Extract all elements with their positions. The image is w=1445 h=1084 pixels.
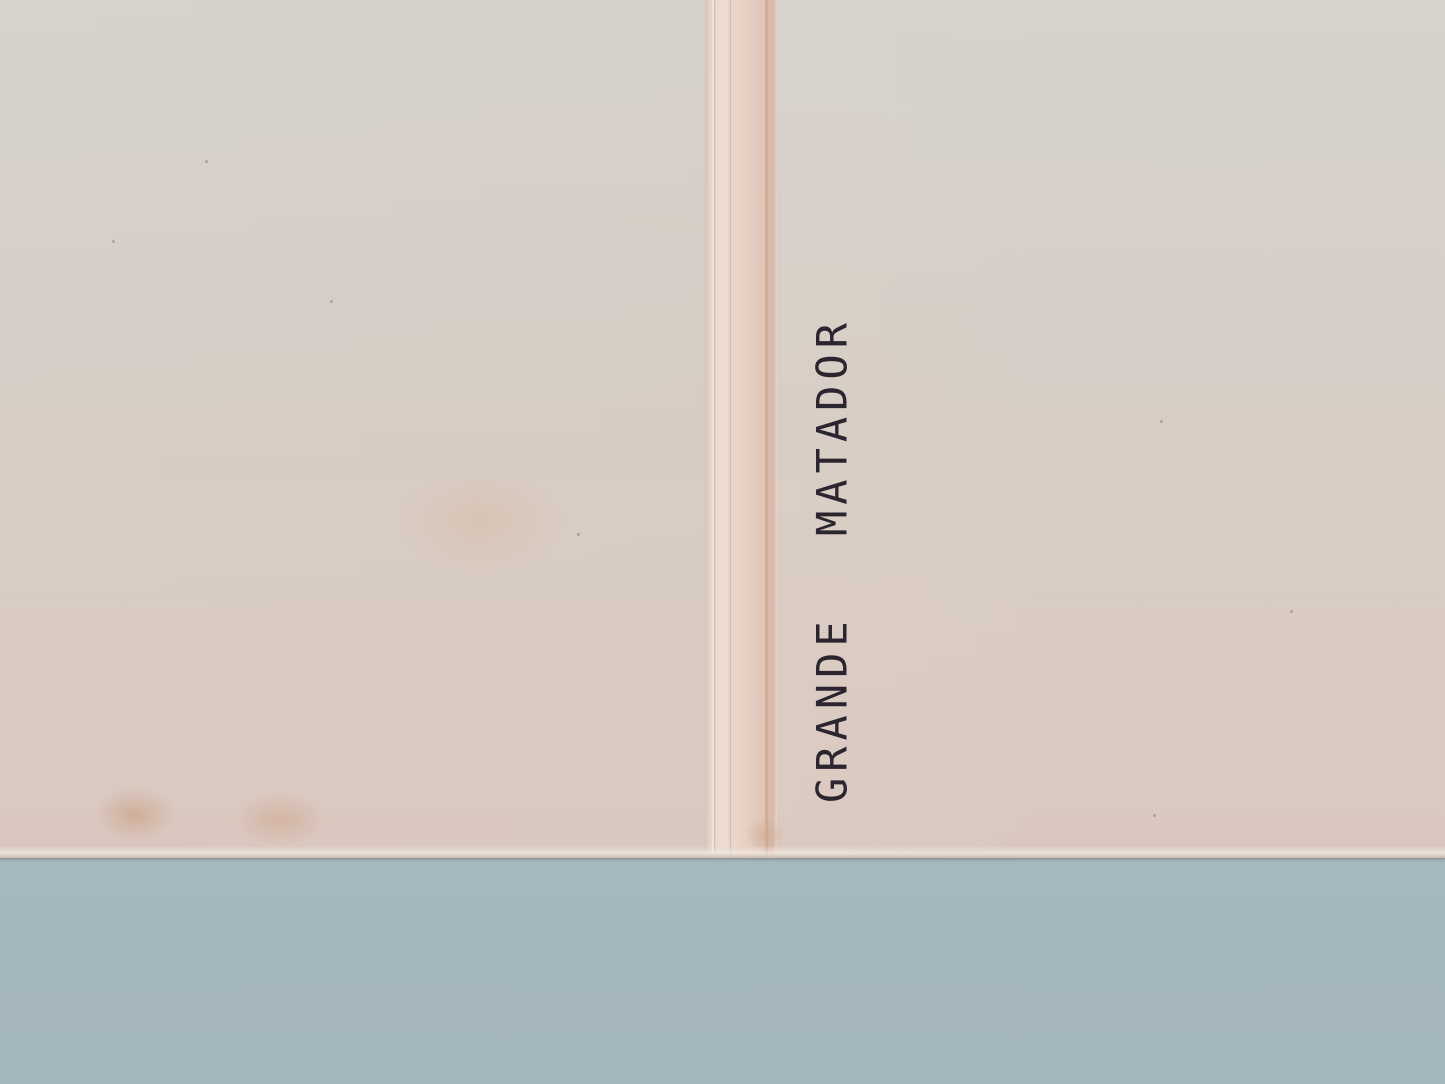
paper-speck bbox=[577, 533, 580, 536]
back-cover-right-panel bbox=[775, 0, 1445, 858]
paper-speck bbox=[1290, 610, 1293, 613]
paper-speck bbox=[330, 300, 333, 303]
handwritten-word-matador: MATADOR bbox=[808, 317, 857, 536]
paper-speck bbox=[112, 240, 115, 243]
spine-crease bbox=[728, 0, 730, 858]
paper-bottom-edge bbox=[0, 846, 1445, 858]
paper-speck bbox=[1153, 814, 1156, 817]
paper-document: GRANDE MATADOR bbox=[0, 0, 1445, 858]
back-cover-left-panel bbox=[0, 0, 705, 858]
spine-crease bbox=[712, 0, 714, 858]
paper-speck bbox=[205, 160, 208, 163]
spine-crease bbox=[765, 0, 767, 858]
handwritten-title: GRANDE MATADOR bbox=[808, 317, 857, 803]
handwritten-word-grande: GRANDE bbox=[808, 615, 857, 803]
paper-speck bbox=[1160, 420, 1163, 423]
